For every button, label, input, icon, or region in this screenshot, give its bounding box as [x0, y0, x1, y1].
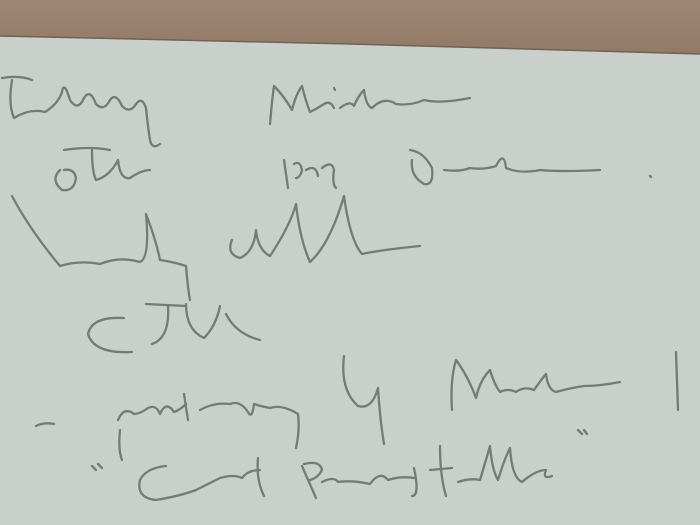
inscription-line-4: Cotton	[90, 318, 158, 342]
handwritten-note	[0, 0, 700, 525]
inscription-line-1: Hartley Marsden	[10, 84, 183, 108]
inscription-line-5: - painting by Marsden H	[40, 396, 288, 420]
inscription-line-2: October 1959 December.	[50, 158, 304, 182]
inscription-line-6: "Smelt Brook Falls"	[90, 466, 288, 490]
inscription-line-3: Lovingly Adelaide	[20, 230, 201, 254]
